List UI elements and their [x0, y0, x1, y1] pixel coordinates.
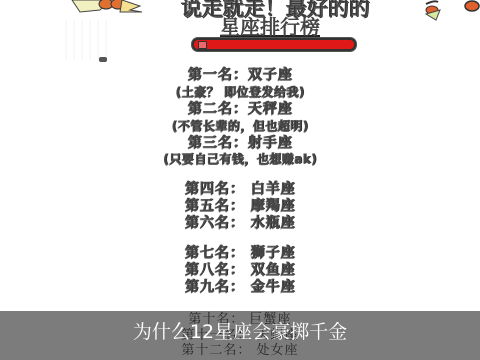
rank-6: 第六名： 水瓶座 [0, 215, 480, 231]
caption-title: 为什么12星座会豪掷千金 [0, 321, 480, 343]
rank-1-note: (土豪？ 即位登发给我) [0, 85, 480, 100]
rank-5: 第五名： 摩羯座 [0, 198, 480, 214]
small-mark [99, 57, 107, 62]
rank-7: 第七名： 狮子座 [0, 245, 480, 261]
leaf-decoration-icon [410, 0, 480, 24]
poster-image: 说走就走！最好的的 星座排行榜 第一名：双子座 (土豪？ 即位登发给我) 第二名… [0, 0, 480, 360]
rank-1: 第一名：双子座 [0, 67, 480, 83]
red-underline-bar [192, 38, 356, 51]
faint-background-texture [65, 20, 110, 60]
rank-3: 第三名：射手座 [0, 135, 480, 151]
rank-4: 第四名： 白羊座 [0, 181, 480, 197]
rank-8: 第八名： 双鱼座 [0, 262, 480, 278]
rank-2-note: (不管长辈的，但也超明) [0, 119, 480, 134]
rank-9: 第九名： 金牛座 [0, 279, 480, 295]
leaf-decoration-icon [70, 0, 148, 14]
rank-3-note: (只要自己有钱，也想赚ak) [0, 152, 480, 167]
rank-2: 第二名：天秤座 [0, 101, 480, 117]
rank-12: 第十二名： 处女座 [0, 344, 480, 358]
headline-line2: 星座排行榜 [190, 16, 350, 38]
